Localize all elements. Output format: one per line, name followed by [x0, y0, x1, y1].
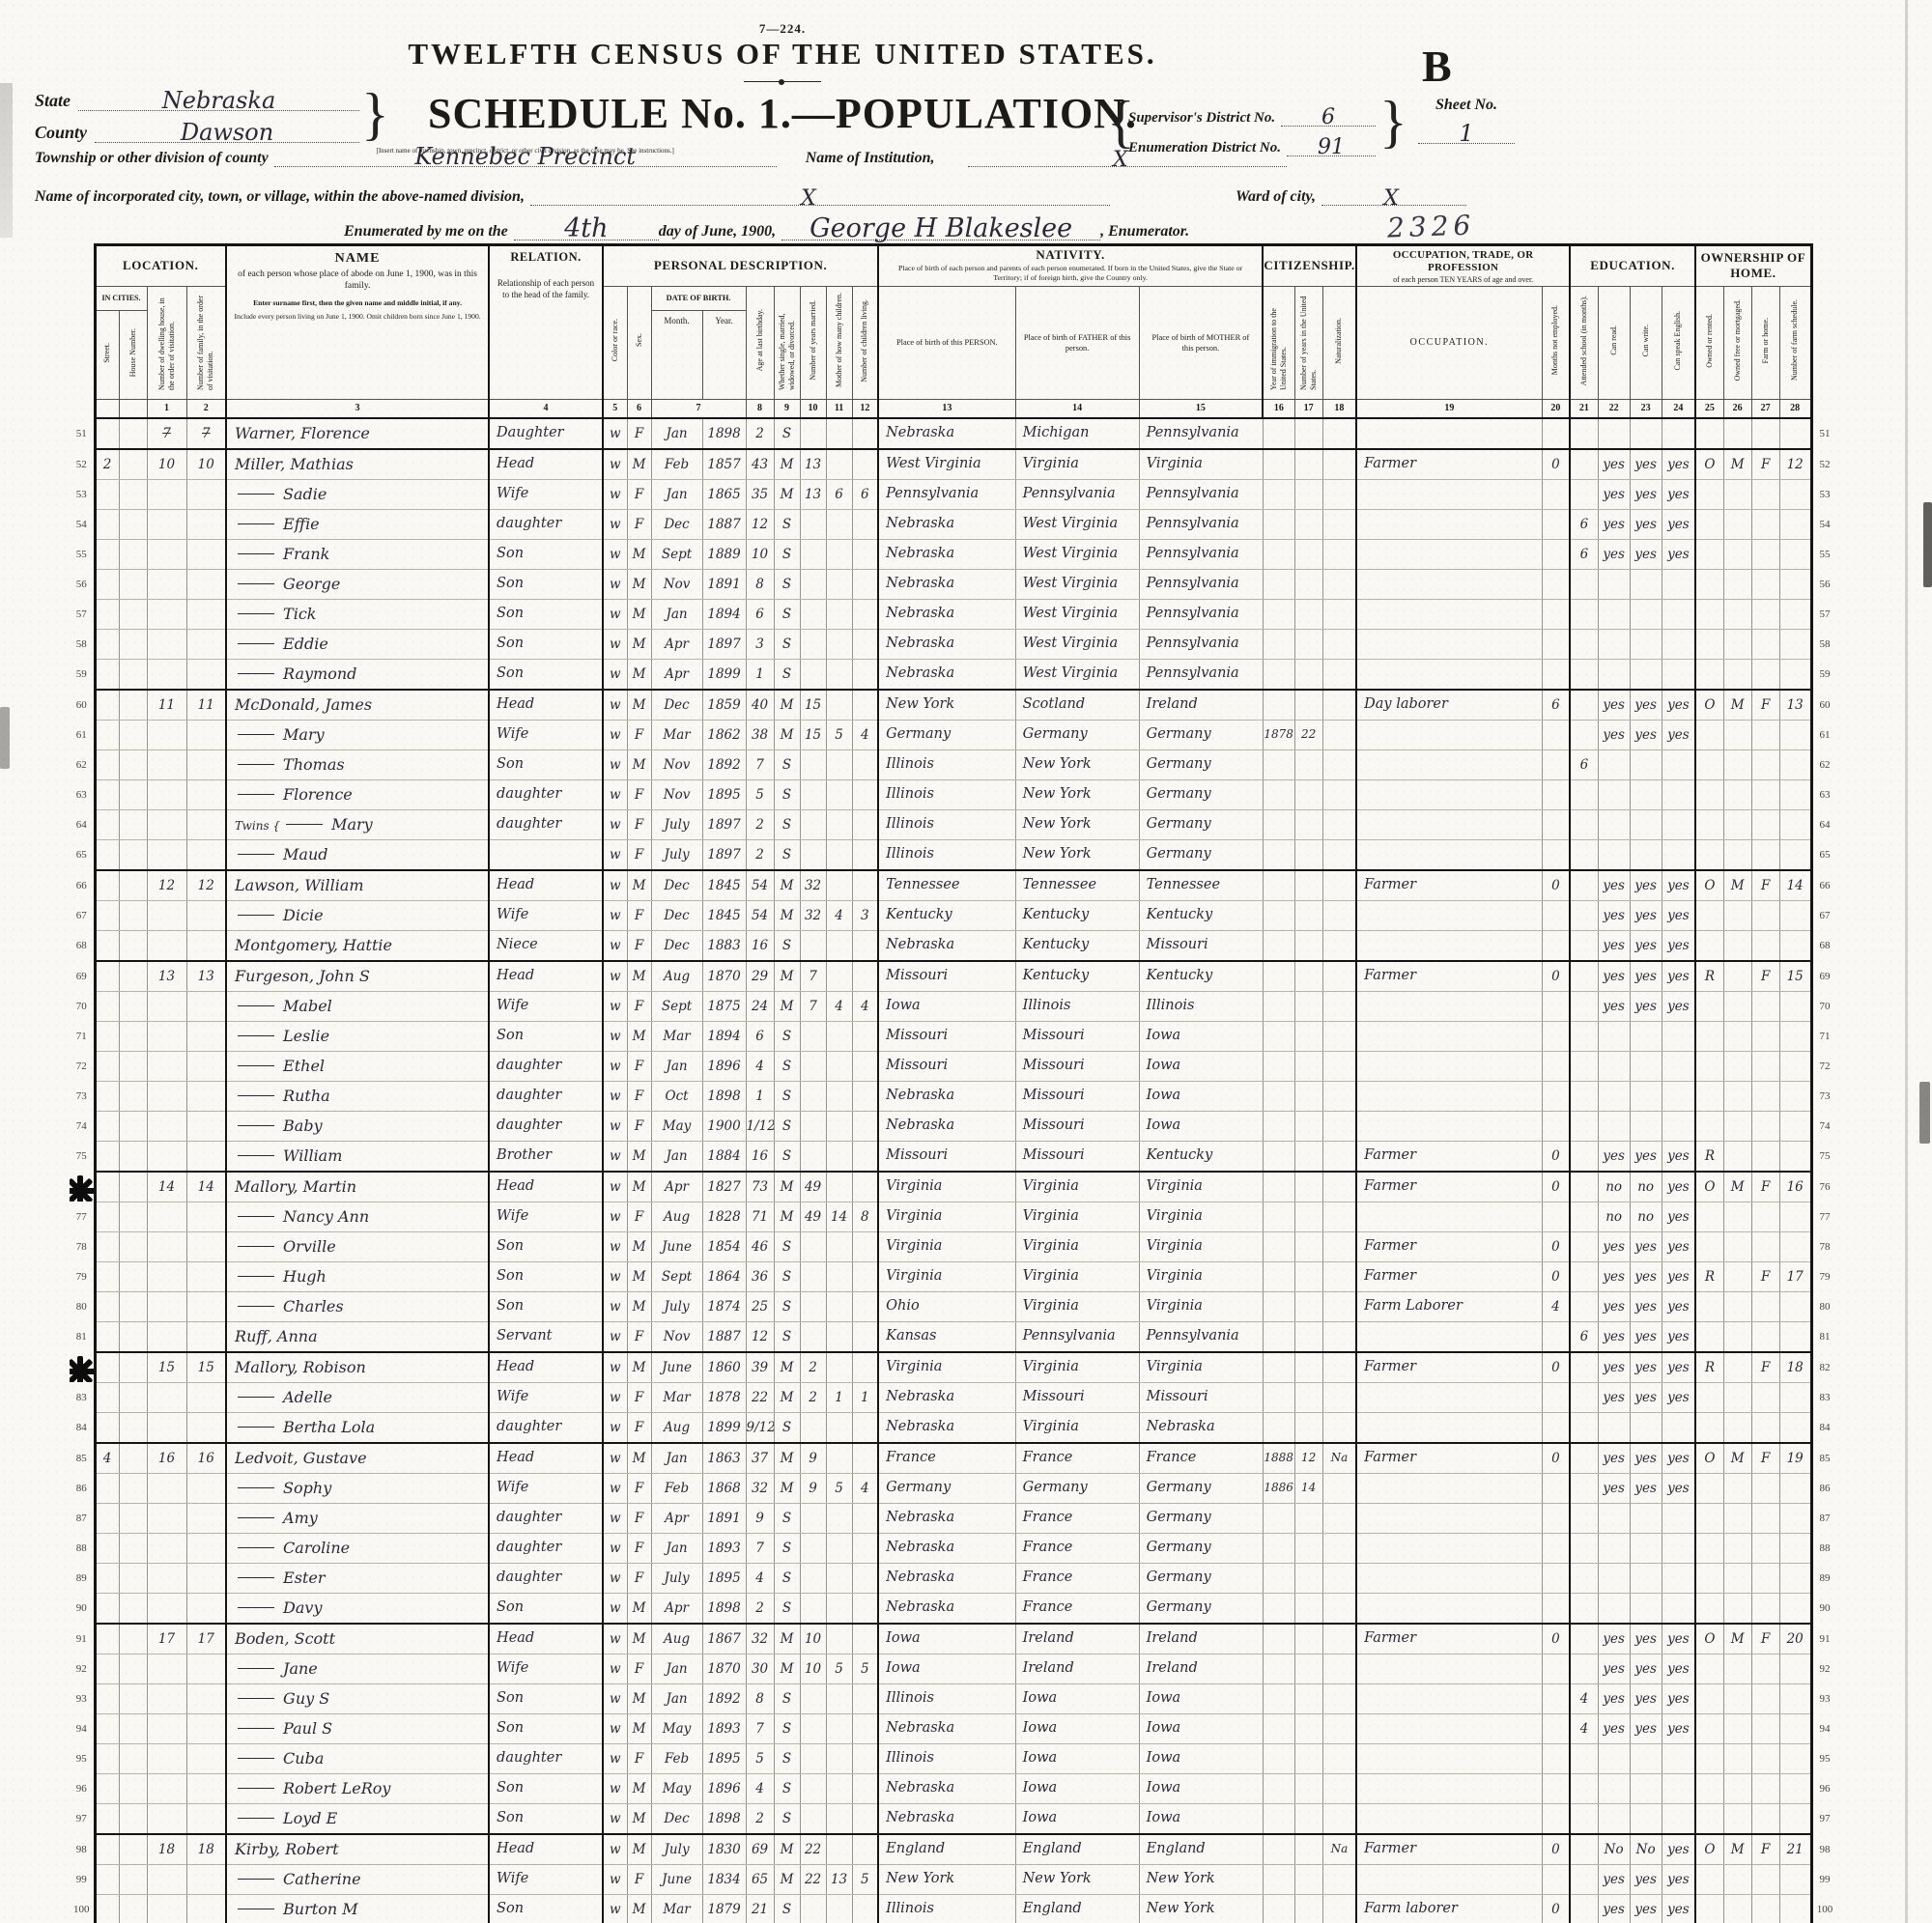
- cell-dwelling-number: [147, 509, 186, 539]
- header-citizenship: CITIZENSHIP.: [1263, 245, 1356, 287]
- cell-street: [95, 1533, 119, 1563]
- cell-marital-status: M: [774, 479, 800, 509]
- cell-birth-year: 1862: [702, 720, 746, 749]
- cell-naturalization: [1322, 779, 1356, 809]
- cell-age: 7: [746, 749, 774, 779]
- cell-dwelling-number: [147, 1654, 186, 1683]
- cell-relation: Son: [489, 539, 603, 569]
- cell-can-read: [1598, 1081, 1630, 1111]
- cell-owned-rented: [1695, 930, 1723, 961]
- cell-free-mortgaged: M: [1723, 1624, 1751, 1654]
- cell-color: w: [603, 1202, 627, 1231]
- cell-immigration-year: [1263, 1261, 1294, 1291]
- cell-family-number: [186, 1291, 226, 1321]
- cell-age: 6: [746, 599, 774, 629]
- cell-owned-rented: [1695, 1533, 1723, 1563]
- cell-street: [95, 1202, 119, 1231]
- cell-years-married: [800, 1321, 826, 1352]
- cell-age: 32: [746, 1473, 774, 1503]
- cell-street: [95, 1051, 119, 1081]
- cell-years-married: [800, 659, 826, 690]
- cell-birthplace-mother: Germany: [1139, 1503, 1263, 1533]
- cell-can-read: yes: [1598, 1352, 1630, 1383]
- cell-sex: F: [627, 1111, 651, 1141]
- cell-naturalization: Na: [1322, 1834, 1356, 1865]
- cell-farm-home: [1751, 930, 1779, 961]
- cell-color: w: [603, 1773, 627, 1803]
- cell-can-read: yes: [1598, 539, 1630, 569]
- cell-dwelling-number: 15: [147, 1352, 186, 1383]
- cell-immigration-year: [1263, 418, 1294, 449]
- cell-birth-year: 1857: [702, 449, 746, 480]
- cell-school-months: [1570, 1864, 1598, 1894]
- cell-birth-year: 1898: [702, 1081, 746, 1111]
- cell-birthplace-father: Iowa: [1015, 1743, 1139, 1773]
- cell-free-mortgaged: [1723, 1141, 1751, 1172]
- cell-street: [95, 418, 119, 449]
- cell-occupation: [1356, 779, 1542, 809]
- cell-school-months: [1570, 991, 1598, 1021]
- cell-dwelling-number: [147, 1563, 186, 1593]
- cell-children-living: [852, 659, 878, 690]
- cell-naturalization: [1322, 1894, 1356, 1923]
- cell-naturalization: [1322, 930, 1356, 961]
- cell-age: 1: [746, 659, 774, 690]
- cell-can-speak-english: yes: [1662, 1654, 1695, 1683]
- cell-farm-home: [1751, 900, 1779, 930]
- table-row: 77Nancy AnnWifewFAug182871M49148Virginia…: [70, 1202, 1836, 1231]
- cell-years-in-us: [1294, 1533, 1322, 1563]
- cell-relation: Head: [489, 1624, 603, 1654]
- cell-farm-home: F: [1751, 961, 1779, 992]
- cell-family-number: 7: [186, 418, 226, 449]
- cell-relation: Wife: [489, 1473, 603, 1503]
- cell-farm-home: [1751, 1321, 1779, 1352]
- cell-children-living: [852, 1834, 878, 1865]
- cell-free-mortgaged: M: [1723, 870, 1751, 901]
- line-number-right: 61: [1811, 720, 1836, 749]
- cell-can-speak-english: yes: [1662, 1443, 1695, 1474]
- cell-birthplace-person: Nebraska: [878, 1593, 1015, 1624]
- cell-owned-rented: O: [1695, 1624, 1723, 1654]
- cell-family-number: [186, 509, 226, 539]
- cell-school-months: [1570, 1352, 1598, 1383]
- cell-owned-rented: O: [1695, 1834, 1723, 1865]
- cell-street: [95, 1773, 119, 1803]
- line-number-left: 65: [70, 839, 95, 870]
- cell-color: w: [603, 1503, 627, 1533]
- cell-occupation: [1356, 1803, 1542, 1834]
- enumeration-day-field: 4th: [514, 216, 659, 240]
- cell-owned-rented: [1695, 1321, 1723, 1352]
- cell-name: Jane: [226, 1654, 489, 1683]
- line-number-right: 89: [1811, 1563, 1836, 1593]
- cell-birthplace-father: Ireland: [1015, 1654, 1139, 1683]
- cell-free-mortgaged: [1723, 629, 1751, 659]
- cell-birthplace-mother: Nebraska: [1139, 1412, 1263, 1443]
- cell-children-living: [852, 1803, 878, 1834]
- cell-street: [95, 1803, 119, 1834]
- cell-can-speak-english: [1662, 1803, 1695, 1834]
- cell-owned-rented: [1695, 779, 1723, 809]
- cell-mother-of-children: 6: [826, 479, 852, 509]
- cell-house: [119, 1081, 147, 1111]
- cell-occupation: [1356, 599, 1542, 629]
- table-row: 97Loyd ESonwMDec18982SNebraskaIowaIowa97: [70, 1803, 1836, 1834]
- cell-mother-of-children: [826, 1141, 852, 1172]
- cell-color: w: [603, 839, 627, 870]
- line-number-right: 78: [1811, 1231, 1836, 1261]
- cell-children-living: [852, 1081, 878, 1111]
- cell-months-not-employed: [1542, 1081, 1570, 1111]
- column-numbers-row: 1234567891011121314151617181920212223242…: [70, 399, 1836, 418]
- cell-immigration-year: [1263, 1624, 1294, 1654]
- cell-children-living: [852, 1743, 878, 1773]
- cell-birthplace-mother: Tennessee: [1139, 870, 1263, 901]
- cell-immigration-year: [1263, 1503, 1294, 1533]
- cell-dwelling-number: [147, 779, 186, 809]
- cell-house: [119, 1321, 147, 1352]
- cell-marital-status: S: [774, 1291, 800, 1321]
- cell-birthplace-father: France: [1015, 1443, 1139, 1474]
- cell-can-write: [1630, 1533, 1662, 1563]
- cell-occupation: Farm Laborer: [1356, 1291, 1542, 1321]
- cell-months-not-employed: [1542, 1021, 1570, 1051]
- cell-marital-status: S: [774, 930, 800, 961]
- cell-years-married: [800, 779, 826, 809]
- cell-owned-rented: O: [1695, 870, 1723, 901]
- cell-birth-month: May: [651, 1713, 702, 1743]
- cell-free-mortgaged: [1723, 479, 1751, 509]
- cell-years-married: [800, 749, 826, 779]
- cell-age: 10: [746, 539, 774, 569]
- cell-name: Hugh: [226, 1261, 489, 1291]
- cell-farm-home: F: [1751, 1352, 1779, 1383]
- cell-age: 71: [746, 1202, 774, 1231]
- line-number-right: 56: [1811, 569, 1836, 599]
- cell-naturalization: [1322, 1202, 1356, 1231]
- state-field: Nebraska: [78, 91, 359, 111]
- cell-birthplace-father: Iowa: [1015, 1773, 1139, 1803]
- cell-marital-status: M: [774, 870, 800, 901]
- header-can-write: Can write.: [1630, 286, 1662, 399]
- cell-birthplace-father: Ireland: [1015, 1624, 1139, 1654]
- cell-free-mortgaged: [1723, 900, 1751, 930]
- line-number-right: 64: [1811, 809, 1836, 839]
- cell-birth-month: Nov: [651, 749, 702, 779]
- header-months-not-employed: Months not employed.: [1542, 286, 1570, 399]
- cell-farm-schedule-number: 13: [1779, 690, 1811, 721]
- cell-farm-schedule-number: [1779, 839, 1811, 870]
- cell-name: Charles: [226, 1291, 489, 1321]
- enumerated-line: Enumerated by me on the 4th day of June,…: [344, 216, 1368, 240]
- cell-free-mortgaged: [1723, 779, 1751, 809]
- line-number-left: 64: [70, 809, 95, 839]
- cell-can-read: [1598, 1412, 1630, 1443]
- line-number-right: 81: [1811, 1321, 1836, 1352]
- cell-sex: M: [627, 449, 651, 480]
- line-number-right: 67: [1811, 900, 1836, 930]
- cell-relation: Wife: [489, 991, 603, 1021]
- cell-street: [95, 870, 119, 901]
- cell-house: [119, 599, 147, 629]
- cell-months-not-employed: 0: [1542, 961, 1570, 992]
- header-farm-home: Farm or home.: [1751, 286, 1779, 399]
- cell-age: 7: [746, 1533, 774, 1563]
- cell-owned-rented: R: [1695, 961, 1723, 992]
- cell-farm-schedule-number: [1779, 599, 1811, 629]
- column-number: 18: [1322, 399, 1356, 418]
- cell-owned-rented: R: [1695, 1352, 1723, 1383]
- cell-owned-rented: [1695, 1081, 1723, 1111]
- cell-free-mortgaged: M: [1723, 449, 1751, 480]
- cell-birthplace-mother: New York: [1139, 1894, 1263, 1923]
- cell-mother-of-children: [826, 1021, 852, 1051]
- cell-can-read: yes: [1598, 900, 1630, 930]
- cell-school-months: [1570, 449, 1598, 480]
- cell-children-living: [852, 418, 878, 449]
- cell-years-in-us: [1294, 900, 1322, 930]
- cell-birth-month: July: [651, 809, 702, 839]
- cell-farm-home: [1751, 1683, 1779, 1713]
- cell-months-not-employed: [1542, 1533, 1570, 1563]
- cell-birthplace-person: Missouri: [878, 961, 1015, 992]
- table-row: 79HughSonwMSept186436SVirginiaVirginiaVi…: [70, 1261, 1836, 1291]
- cell-mother-of-children: [826, 1593, 852, 1624]
- table-row: 661212Lawson, WilliamHeadwMDec184554M32T…: [70, 870, 1836, 901]
- cell-color: w: [603, 1111, 627, 1141]
- cell-can-speak-english: yes: [1662, 1624, 1695, 1654]
- line-number-right: 95: [1811, 1743, 1836, 1773]
- cell-can-write: yes: [1630, 1864, 1662, 1894]
- table-row: 761414Mallory, MartinHeadwMApr182773M49V…: [70, 1172, 1836, 1202]
- cell-house: [119, 1111, 147, 1141]
- cell-birth-month: Dec: [651, 930, 702, 961]
- cell-age: 25: [746, 1291, 774, 1321]
- cell-color: w: [603, 1081, 627, 1111]
- cell-color: w: [603, 1172, 627, 1202]
- table-row: 75WilliamBrotherwMJan188416SMissouriMiss…: [70, 1141, 1836, 1172]
- cell-can-read: [1598, 1773, 1630, 1803]
- cell-can-speak-english: [1662, 659, 1695, 690]
- cell-color: w: [603, 1443, 627, 1474]
- cell-can-speak-english: yes: [1662, 1683, 1695, 1713]
- cell-immigration-year: [1263, 1051, 1294, 1081]
- cell-can-write: no: [1630, 1172, 1662, 1202]
- line-number-left: 76: [70, 1172, 95, 1202]
- cell-farm-schedule-number: 12: [1779, 449, 1811, 480]
- cell-birthplace-mother: Virginia: [1139, 1231, 1263, 1261]
- cell-immigration-year: 1888: [1263, 1443, 1294, 1474]
- cell-children-living: [852, 1412, 878, 1443]
- column-number: 20: [1542, 399, 1570, 418]
- header-dwelling-number: Number of dwelling house, in the order o…: [147, 286, 186, 399]
- cell-name: Mallory, Martin: [226, 1172, 489, 1202]
- cell-birth-year: 1897: [702, 629, 746, 659]
- cell-months-not-employed: [1542, 659, 1570, 690]
- cell-street: [95, 991, 119, 1021]
- cell-dwelling-number: 17: [147, 1624, 186, 1654]
- cell-house: [119, 1593, 147, 1624]
- cell-can-write: yes: [1630, 720, 1662, 749]
- cell-street: [95, 961, 119, 992]
- cell-can-speak-english: [1662, 1051, 1695, 1081]
- cell-birth-month: Dec: [651, 870, 702, 901]
- cell-sex: F: [627, 1503, 651, 1533]
- cell-birthplace-person: Nebraska: [878, 1713, 1015, 1743]
- cell-farm-home: [1751, 1051, 1779, 1081]
- cell-school-months: [1570, 1081, 1598, 1111]
- cell-can-write: yes: [1630, 1473, 1662, 1503]
- cell-children-living: [852, 449, 878, 480]
- cell-name: Leslie: [226, 1021, 489, 1051]
- star-mark: [70, 1175, 95, 1202]
- cell-can-write: [1630, 1111, 1662, 1141]
- ward-field: X: [1321, 185, 1466, 206]
- column-number: 1: [147, 399, 186, 418]
- cell-birth-month: July: [651, 1834, 702, 1865]
- table-row: 92JaneWifewFJan187030M1055IowaIrelandIre…: [70, 1654, 1836, 1683]
- cell-farm-home: [1751, 1533, 1779, 1563]
- cell-family-number: [186, 479, 226, 509]
- cell-months-not-employed: 0: [1542, 1231, 1570, 1261]
- cell-sex: M: [627, 1803, 651, 1834]
- cell-farm-home: F: [1751, 870, 1779, 901]
- cell-farm-home: [1751, 991, 1779, 1021]
- cell-family-number: [186, 1563, 226, 1593]
- cell-owned-rented: [1695, 479, 1723, 509]
- cell-birthplace-person: Iowa: [878, 1624, 1015, 1654]
- cell-birth-month: Apr: [651, 659, 702, 690]
- cell-age: 32: [746, 1624, 774, 1654]
- cell-sex: F: [627, 991, 651, 1021]
- cell-birth-year: 1894: [702, 599, 746, 629]
- cell-immigration-year: [1263, 1803, 1294, 1834]
- cell-years-in-us: [1294, 1321, 1322, 1352]
- cell-name: Eddie: [226, 629, 489, 659]
- cell-can-read: [1598, 1503, 1630, 1533]
- cell-years-married: 9: [800, 1473, 826, 1503]
- cell-farm-schedule-number: [1779, 900, 1811, 930]
- cell-name: McDonald, James: [226, 690, 489, 721]
- state-label: State: [35, 91, 71, 111]
- cell-years-married: [800, 1141, 826, 1172]
- cell-years-in-us: [1294, 449, 1322, 480]
- cell-name: Tick: [226, 599, 489, 629]
- cell-children-living: [852, 1291, 878, 1321]
- cell-marital-status: M: [774, 1834, 800, 1865]
- line-number-right: 92: [1811, 1654, 1836, 1683]
- table-row: 93Guy SSonwMJan18928SIllinoisIowaIowa4ye…: [70, 1683, 1836, 1713]
- cell-years-in-us: [1294, 599, 1322, 629]
- cell-family-number: [186, 599, 226, 629]
- cell-farm-schedule-number: 20: [1779, 1624, 1811, 1654]
- table-row: 62ThomasSonwMNov18927SIllinoisNew YorkGe…: [70, 749, 1836, 779]
- cell-years-in-us: [1294, 1834, 1322, 1865]
- cell-can-speak-english: yes: [1662, 1202, 1695, 1231]
- cell-birthplace-person: Tennessee: [878, 870, 1015, 901]
- cell-can-write: [1630, 569, 1662, 599]
- cell-birth-year: 1897: [702, 809, 746, 839]
- cell-sex: F: [627, 1081, 651, 1111]
- cell-years-married: [800, 1533, 826, 1563]
- table-row: 68Montgomery, HattieNiecewFDec188316SNeb…: [70, 930, 1836, 961]
- cell-school-months: [1570, 1834, 1598, 1865]
- cell-age: 4: [746, 1773, 774, 1803]
- cell-birthplace-mother: Virginia: [1139, 1202, 1263, 1231]
- cell-owned-rented: [1695, 539, 1723, 569]
- line-number-right: 79: [1811, 1261, 1836, 1291]
- cell-birth-year: 1870: [702, 1654, 746, 1683]
- header-ownership: OWNERSHIP OF HOME.: [1695, 245, 1811, 287]
- table-body: 5177Warner, FlorenceDaughterwFJan18982SN…: [70, 418, 1836, 1923]
- cell-years-married: [800, 839, 826, 870]
- cell-can-speak-english: yes: [1662, 1231, 1695, 1261]
- cell-mother-of-children: [826, 1172, 852, 1202]
- cell-owned-rented: [1695, 1864, 1723, 1894]
- cell-relation: daughter: [489, 1503, 603, 1533]
- cell-years-married: 32: [800, 900, 826, 930]
- cell-sex: M: [627, 1773, 651, 1803]
- cell-marital-status: S: [774, 749, 800, 779]
- cell-farm-home: [1751, 839, 1779, 870]
- cell-school-months: [1570, 1172, 1598, 1202]
- cell-birth-month: June: [651, 1864, 702, 1894]
- cell-occupation: Farmer: [1356, 449, 1542, 480]
- cell-farm-home: [1751, 1202, 1779, 1231]
- cell-street: [95, 779, 119, 809]
- cell-can-read: [1598, 1563, 1630, 1593]
- cell-color: w: [603, 418, 627, 449]
- cell-farm-schedule-number: [1779, 1141, 1811, 1172]
- cell-years-in-us: [1294, 1172, 1322, 1202]
- table-row: 84Bertha LoladaughterwFAug18999/12SNebra…: [70, 1412, 1836, 1443]
- cell-occupation: [1356, 1412, 1542, 1443]
- cell-years-married: [800, 1021, 826, 1051]
- cell-age: 43: [746, 449, 774, 480]
- enumerator-name: George H Blakeslee: [810, 213, 1072, 243]
- cell-birthplace-father: New York: [1015, 749, 1139, 779]
- cell-naturalization: [1322, 1563, 1356, 1593]
- cell-farm-schedule-number: [1779, 1051, 1811, 1081]
- table-row: 8541616Ledvoit, GustaveHeadwMJan186337M9…: [70, 1443, 1836, 1474]
- table-row: 71LeslieSonwMMar18946SMissouriMissouriIo…: [70, 1021, 1836, 1051]
- cell-can-write: [1630, 659, 1662, 690]
- cell-children-living: [852, 870, 878, 901]
- cell-immigration-year: [1263, 1081, 1294, 1111]
- cell-age: 8: [746, 1683, 774, 1713]
- cell-name: Ester: [226, 1563, 489, 1593]
- cell-free-mortgaged: [1723, 1111, 1751, 1141]
- cell-immigration-year: 1878: [1263, 720, 1294, 749]
- cell-birthplace-father: West Virginia: [1015, 539, 1139, 569]
- cell-owned-rented: [1695, 1382, 1723, 1412]
- cell-mother-of-children: [826, 509, 852, 539]
- cell-birthplace-mother: Pennsylvania: [1139, 599, 1263, 629]
- cell-age: 6: [746, 1021, 774, 1051]
- cell-name: Bertha Lola: [226, 1412, 489, 1443]
- cell-years-married: [800, 1111, 826, 1141]
- cell-house: [119, 870, 147, 901]
- cell-occupation: [1356, 1563, 1542, 1593]
- cell-school-months: [1570, 1803, 1598, 1834]
- cell-family-number: [186, 1202, 226, 1231]
- cell-children-living: 4: [852, 720, 878, 749]
- cell-years-married: [800, 930, 826, 961]
- cell-house: [119, 449, 147, 480]
- cell-birth-year: 1891: [702, 569, 746, 599]
- line-number-left: 93: [70, 1683, 95, 1713]
